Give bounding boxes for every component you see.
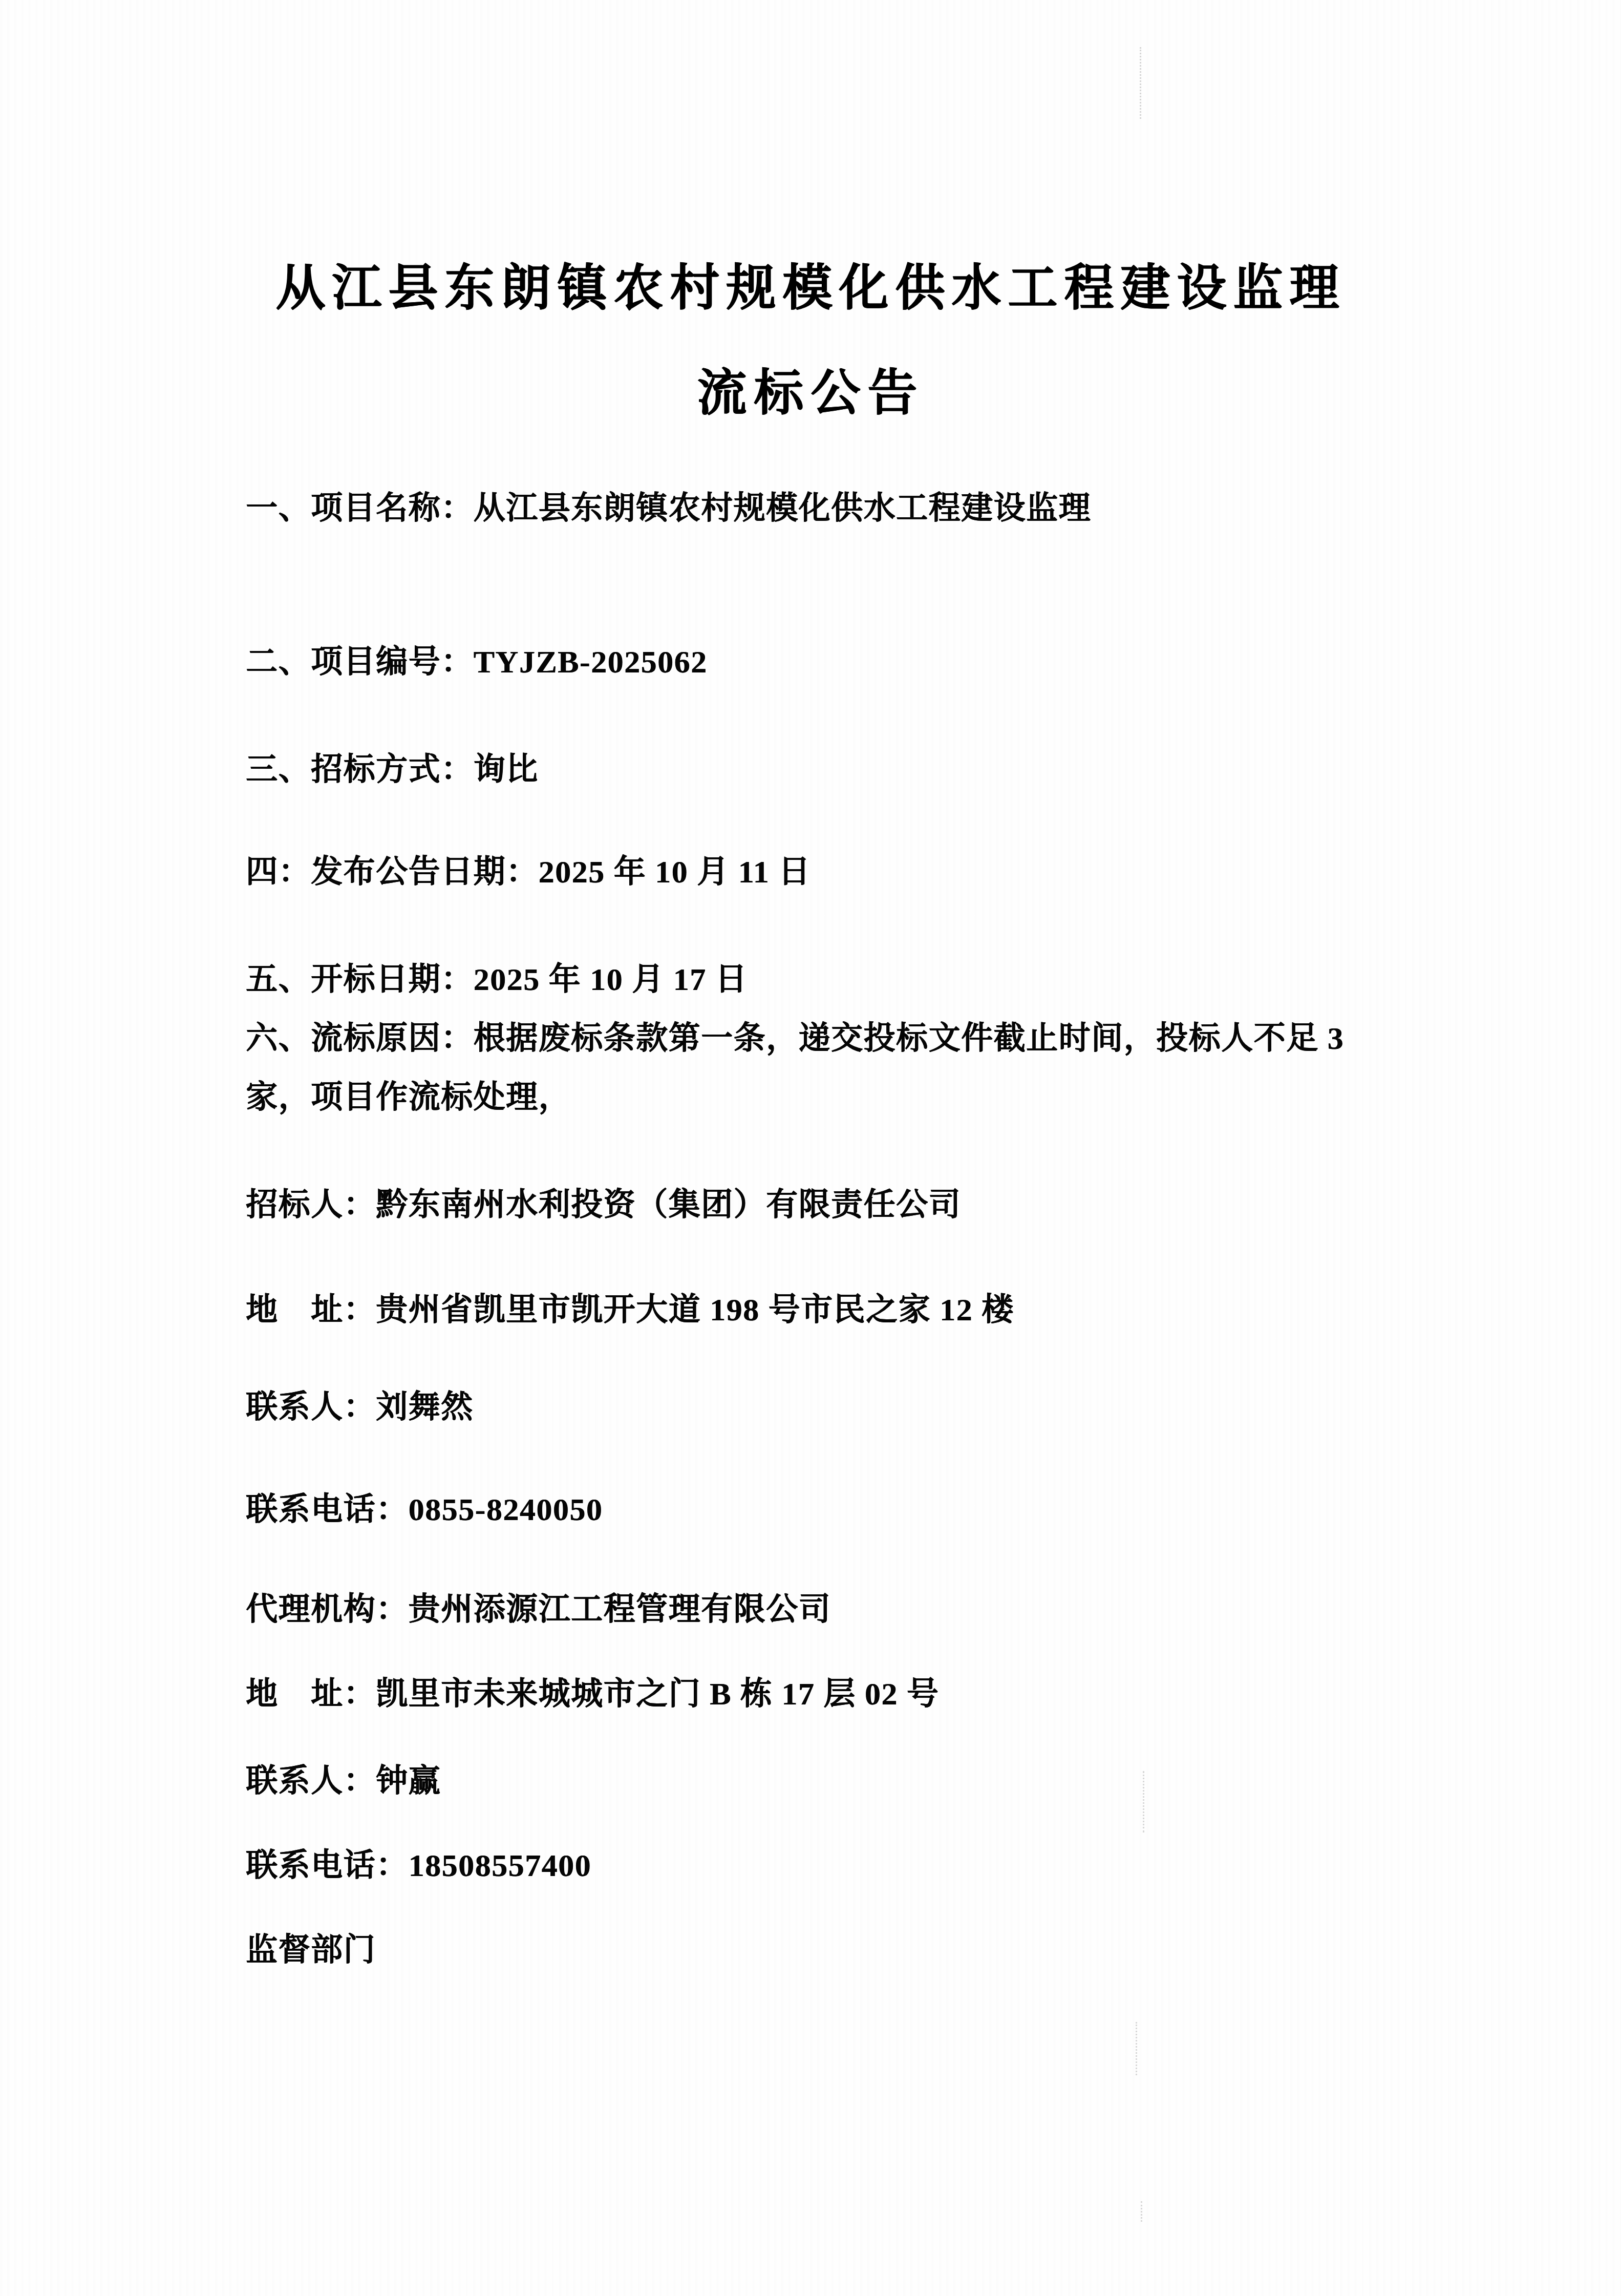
field-supervision-department: 监督部门: [246, 1930, 1391, 1971]
document-header: 从江县东朗镇农村规模化供水工程建设监理 流标公告: [0, 0, 1621, 422]
field-bidding-method: 三、招标方式：询比: [246, 749, 1391, 790]
scan-artifact: [1136, 2022, 1137, 2075]
field-agency-address: 地 址：凯里市未来城城市之门 B 栋 17 层 02 号: [246, 1674, 1391, 1715]
field-project-name: 一、项目名称：从江县东朗镇农村规模化供水工程建设监理: [246, 488, 1391, 529]
field-agency: 代理机构：贵州添源江工程管理有限公司: [246, 1589, 1391, 1630]
field-project-number: 二、项目编号：TYJZB-2025062: [246, 642, 1391, 683]
document-title: 从江县东朗镇农村规模化供水工程建设监理: [0, 260, 1621, 317]
field-failure-reason-line1: 六、流标原因：根据废标条款第一条，递交投标文件截止时间，投标人不足 3: [246, 1018, 1391, 1059]
field-tenderer-contact: 联系人：刘舞然: [246, 1387, 1391, 1428]
scan-artifact: [1141, 2201, 1142, 2222]
field-announcement-date: 四：发布公告日期：2025 年 10 月 11 日: [246, 852, 1391, 893]
field-agency-contact: 联系人：钟赢: [246, 1761, 1391, 1802]
field-failure-reason-line2: 家，项目作流标处理，: [246, 1077, 1391, 1118]
field-agency-phone: 联系电话：18508557400: [246, 1845, 1391, 1886]
field-bid-opening-date: 五、开标日期：2025 年 10 月 17 日: [246, 959, 1391, 1000]
field-tenderer-address: 地 址：贵州省凯里市凯开大道 198 号市民之家 12 楼: [246, 1290, 1391, 1331]
scanned-document-page: 从江县东朗镇农村规模化供水工程建设监理 流标公告 一、项目名称：从江县东朗镇农村…: [0, 0, 1621, 2296]
field-tenderer-phone: 联系电话：0855-8240050: [246, 1489, 1391, 1530]
field-tenderer: 招标人：黔东南州水利投资（集团）有限责任公司: [246, 1185, 1391, 1226]
document-body: 一、项目名称：从江县东朗镇农村规模化供水工程建设监理 二、项目编号：TYJZB-…: [0, 488, 1621, 1971]
document-subtitle: 流标公告: [0, 365, 1621, 422]
